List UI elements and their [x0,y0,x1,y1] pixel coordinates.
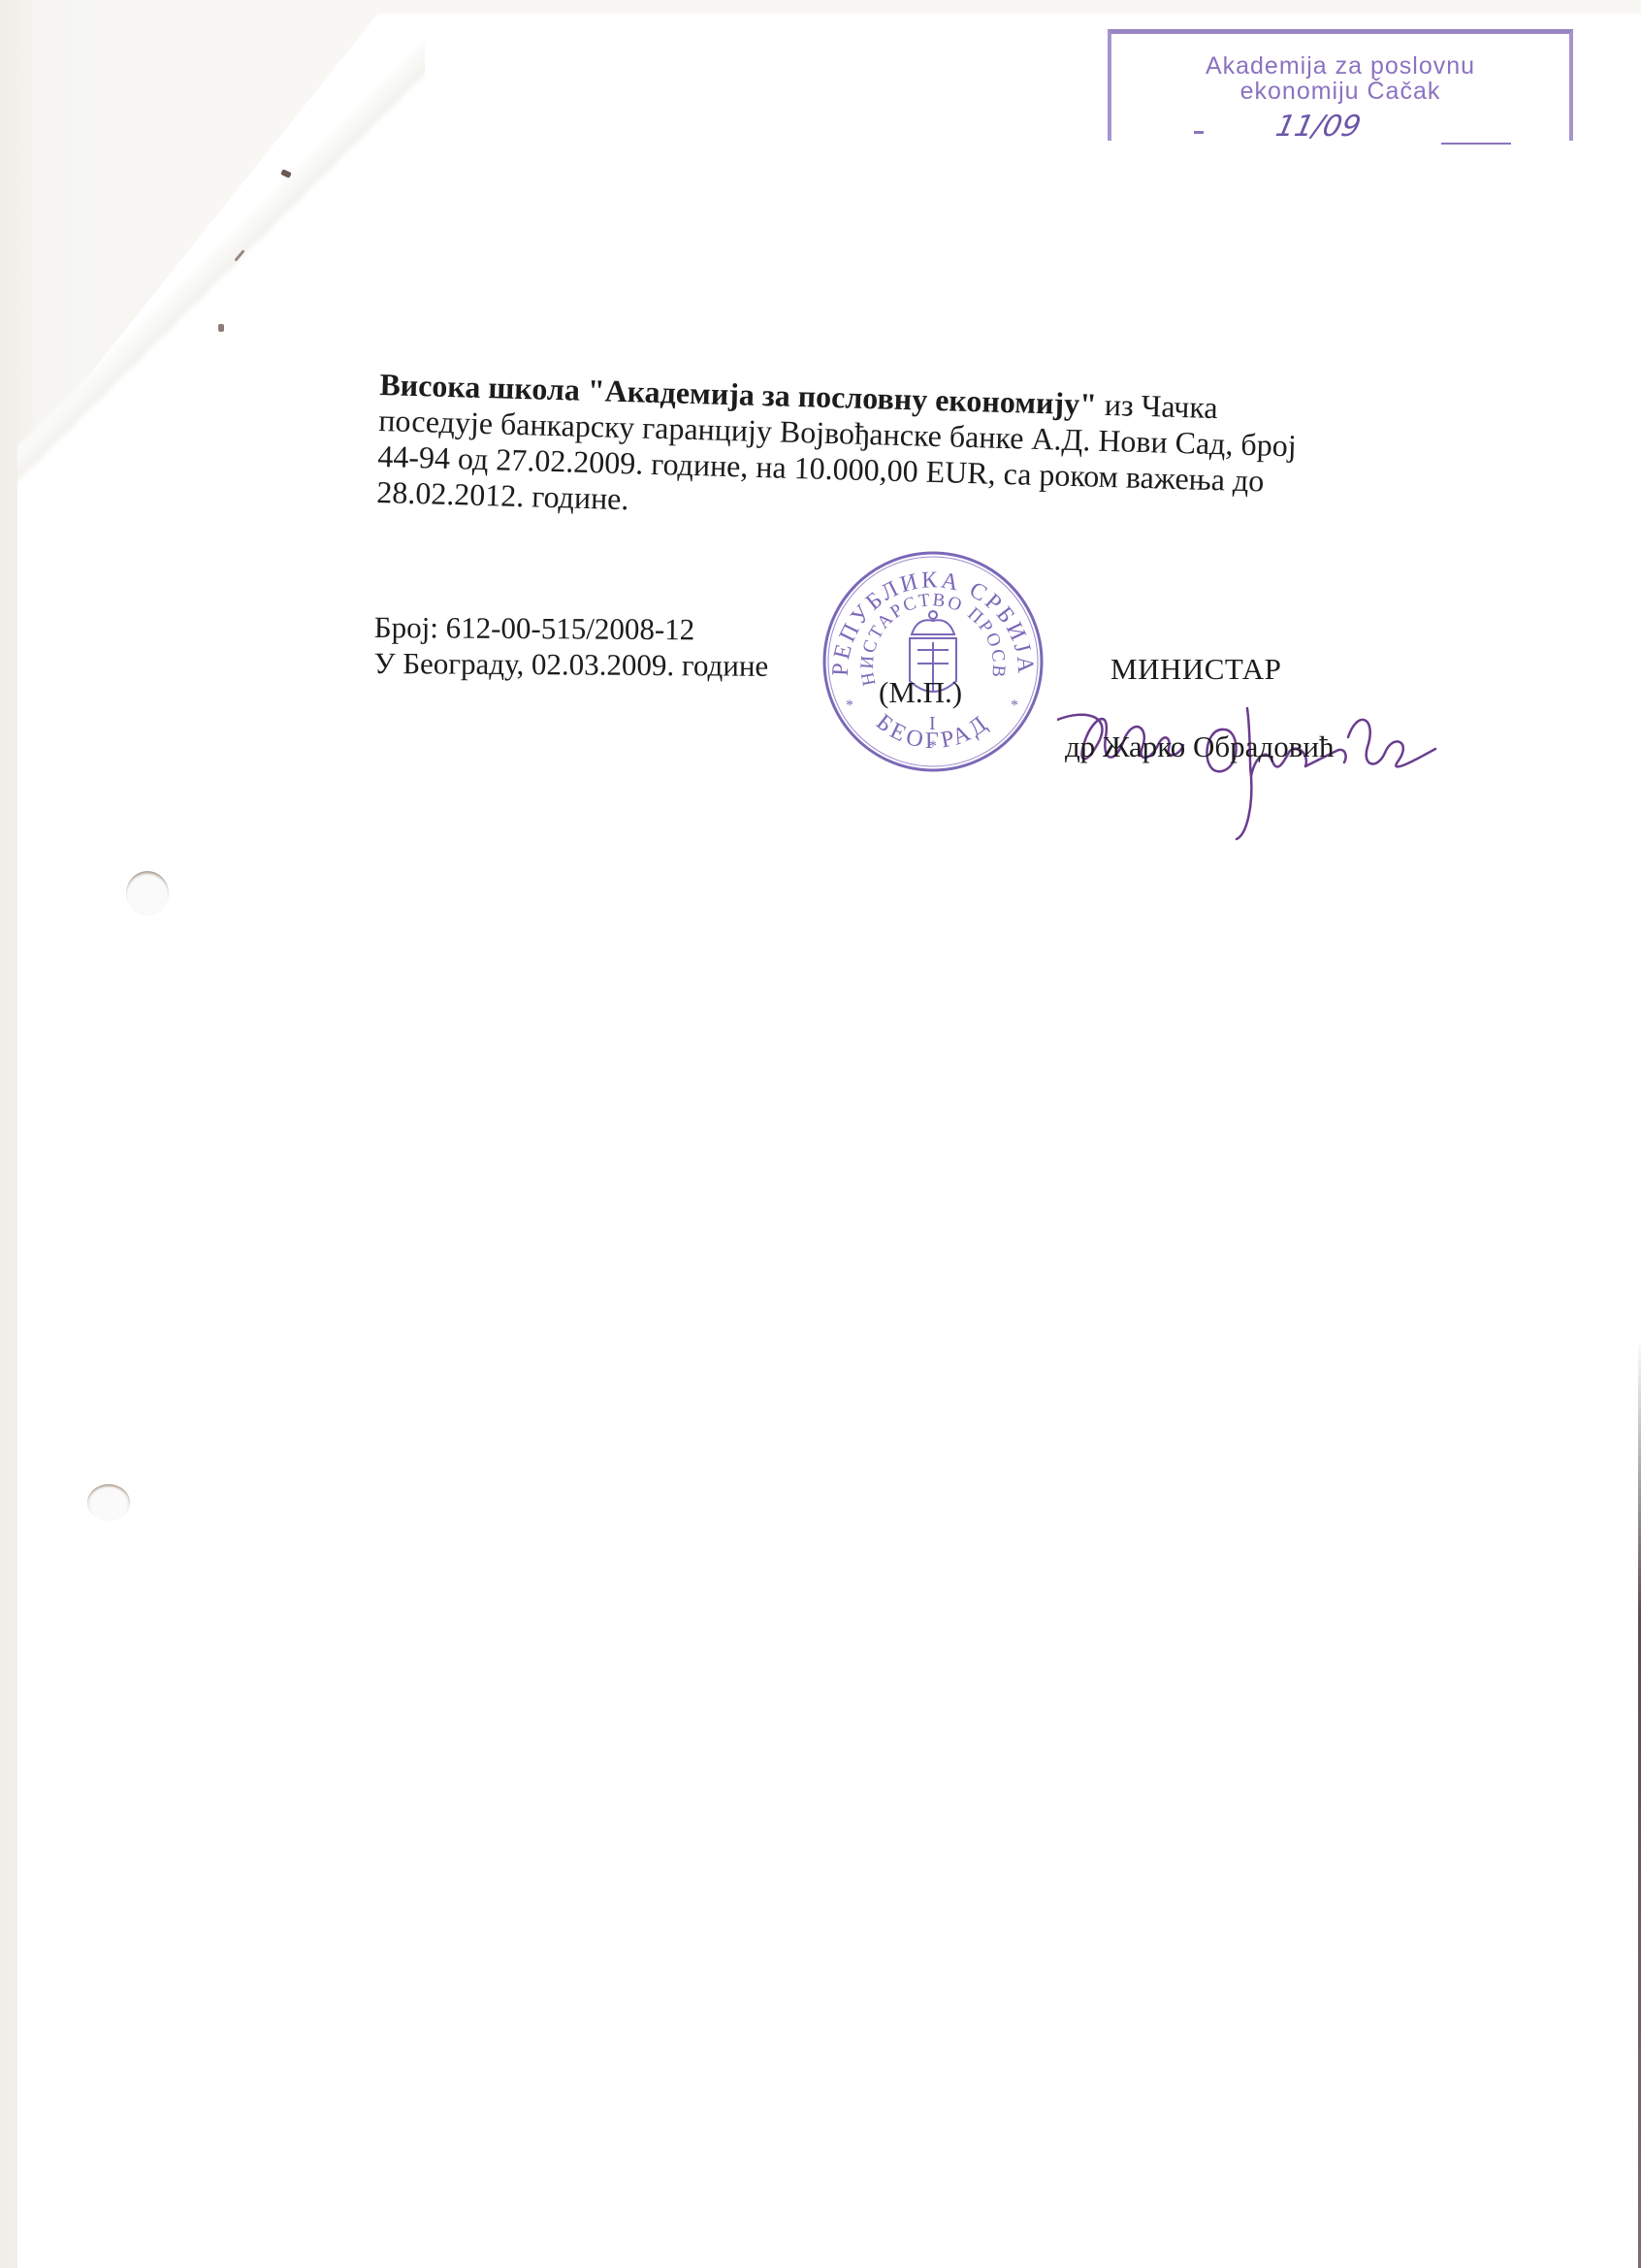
registry-number: 11/09 [1272,110,1364,144]
document-number: Број: 612-00-515/2008-12 [374,609,769,648]
signatory-name: др Жарко Обрадовић [1065,729,1334,764]
receipt-stamp-line2: ekonomiju Čačak [1111,79,1569,104]
svg-text:I: I [929,713,936,734]
stamp-underline [1441,143,1511,145]
punch-hole-lower [87,1484,130,1521]
receipt-stamp-line1: Akademija za poslovnu [1111,53,1569,79]
punch-hole-upper [126,871,169,916]
svg-text:*: * [846,697,853,714]
body-line-1-rest: из Чачка [1096,387,1218,425]
paper-debris [218,324,224,332]
document-page [17,14,1641,2268]
certificate-body: Висока школа "Академија за пословну екон… [376,367,1408,539]
seal-placeholder-label: (М.П.) [879,675,962,710]
reference-block: Број: 612-00-515/2008-12 У Београду, 02.… [373,609,768,684]
svg-text:*: * [1011,697,1018,714]
stamp-dash [1194,131,1204,134]
receipt-stamp: Akademija za poslovnu ekonomiju Čačak 11… [1108,29,1573,141]
svg-text:*: * [929,738,937,755]
ministry-seal-icon: РЕПУБЛИКА СРБИЈА МИНИСТАРСТВО ПРОСВЕТЕ Б… [817,545,1049,778]
signatory-title: МИНИСТАР [1110,652,1281,687]
place-and-date: У Београду, 02.03.2009. године [373,645,768,684]
